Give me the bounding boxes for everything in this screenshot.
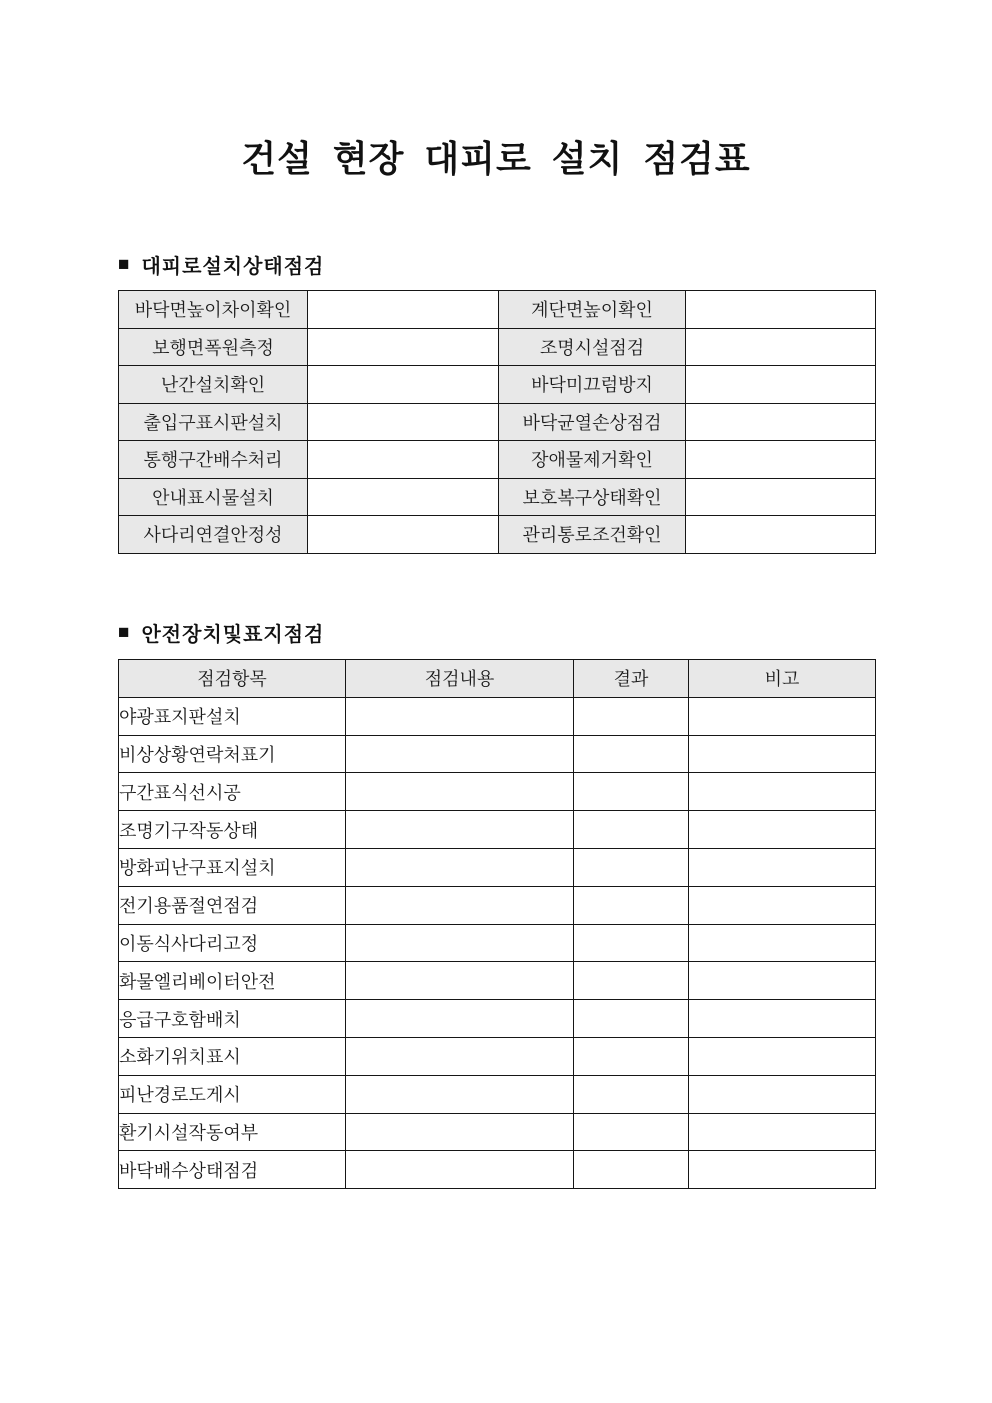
content-cell[interactable] [346,848,574,886]
page-title: 건설 현장 대피로 설치 점검표 [0,131,992,182]
section-heading-evacuation-label: 대피로설치상태점검 [141,250,324,279]
column-header-item: 점검항목 [119,660,346,698]
check-item-label: 응급구호함배치 [119,1000,346,1038]
note-cell[interactable] [689,1151,876,1189]
square-bullet-icon: ■ [118,255,130,274]
table-row: 구간표식선시공 [119,773,876,811]
note-cell[interactable] [689,1037,876,1075]
note-cell[interactable] [689,848,876,886]
table-row: 비상상황연락처표기 [119,735,876,773]
check-value-cell[interactable] [308,516,499,554]
check-item-label: 보행면폭원측정 [119,328,308,366]
check-item-label: 방화피난구표지설치 [119,848,346,886]
content-cell[interactable] [346,962,574,1000]
safety-sign-table: 점검항목 점검내용 결과 비고 야광표지판설치 비상상황연락처표기 구간표식선시… [118,659,876,1189]
table-row: 안내표시물설치 보호복구상태확인 [119,478,876,516]
check-item-label: 사다리연결안정성 [119,516,308,554]
table-row: 응급구호함배치 [119,1000,876,1038]
content-cell[interactable] [346,1000,574,1038]
note-cell[interactable] [689,924,876,962]
check-value-cell[interactable] [686,328,876,366]
result-cell[interactable] [574,773,689,811]
section-heading-evacuation: ■ 대피로설치상태점검 [118,250,324,279]
table-row: 화물엘리베이터안전 [119,962,876,1000]
content-cell[interactable] [346,924,574,962]
content-cell[interactable] [346,886,574,924]
note-cell[interactable] [689,697,876,735]
check-item-label: 피난경로도게시 [119,1075,346,1113]
check-item-label: 구간표식선시공 [119,773,346,811]
content-cell[interactable] [346,773,574,811]
check-item-label: 바닥균열손상점검 [499,403,686,441]
result-cell[interactable] [574,1075,689,1113]
table-row: 피난경로도게시 [119,1075,876,1113]
check-item-label: 난간설치확인 [119,366,308,404]
result-cell[interactable] [574,811,689,849]
document-page: { "document": { "title": "건설 현장 대피로 설치 점… [0,0,992,1403]
table-row: 야광표지판설치 [119,697,876,735]
check-value-cell[interactable] [686,291,876,329]
result-cell[interactable] [574,1113,689,1151]
table-row: 바닥배수상태점검 [119,1151,876,1189]
content-cell[interactable] [346,1151,574,1189]
content-cell[interactable] [346,735,574,773]
table-row: 전기용품절연점검 [119,886,876,924]
check-item-label: 관리통로조건확인 [499,516,686,554]
check-value-cell[interactable] [308,328,499,366]
content-cell[interactable] [346,811,574,849]
content-cell[interactable] [346,1037,574,1075]
check-item-label: 야광표지판설치 [119,697,346,735]
check-item-label: 이동식사다리고정 [119,924,346,962]
check-item-label: 조명기구작동상태 [119,811,346,849]
result-cell[interactable] [574,1037,689,1075]
check-item-label: 전기용품절연점검 [119,886,346,924]
check-item-label: 바닥배수상태점검 [119,1151,346,1189]
result-cell[interactable] [574,848,689,886]
check-item-label: 바닥미끄럼방지 [499,366,686,404]
table-row: 소화기위치표시 [119,1037,876,1075]
section-heading-safety-label: 안전장치및표지점검 [141,618,324,647]
result-cell[interactable] [574,962,689,1000]
square-bullet-icon: ■ [118,623,130,642]
check-item-label: 화물엘리베이터안전 [119,962,346,1000]
check-value-cell[interactable] [686,516,876,554]
table-row: 보행면폭원측정 조명시설점검 [119,328,876,366]
note-cell[interactable] [689,1000,876,1038]
check-value-cell[interactable] [686,478,876,516]
check-value-cell[interactable] [686,366,876,404]
table-row: 조명기구작동상태 [119,811,876,849]
content-cell[interactable] [346,697,574,735]
table-row: 통행구간배수처리 장애물제거확인 [119,441,876,479]
content-cell[interactable] [346,1113,574,1151]
check-item-label: 조명시설점검 [499,328,686,366]
note-cell[interactable] [689,1075,876,1113]
table-row: 출입구표시판설치 바닥균열손상점검 [119,403,876,441]
check-item-label: 바닥면높이차이확인 [119,291,308,329]
result-cell[interactable] [574,1151,689,1189]
check-value-cell[interactable] [308,441,499,479]
table-row: 방화피난구표지설치 [119,848,876,886]
result-cell[interactable] [574,886,689,924]
check-value-cell[interactable] [308,403,499,441]
column-header-note: 비고 [689,660,876,698]
result-cell[interactable] [574,924,689,962]
check-item-label: 소화기위치표시 [119,1037,346,1075]
table-header-row: 점검항목 점검내용 결과 비고 [119,660,876,698]
check-value-cell[interactable] [686,403,876,441]
column-header-content: 점검내용 [346,660,574,698]
note-cell[interactable] [689,962,876,1000]
table-row: 바닥면높이차이확인 계단면높이확인 [119,291,876,329]
check-value-cell[interactable] [308,478,499,516]
check-item-label: 환기시설작동여부 [119,1113,346,1151]
column-header-result: 결과 [574,660,689,698]
check-item-label: 장애물제거확인 [499,441,686,479]
check-item-label: 비상상황연락처표기 [119,735,346,773]
note-cell[interactable] [689,886,876,924]
note-cell[interactable] [689,811,876,849]
check-value-cell[interactable] [308,366,499,404]
note-cell[interactable] [689,735,876,773]
check-value-cell[interactable] [308,291,499,329]
check-item-label: 출입구표시판설치 [119,403,308,441]
check-item-label: 계단면높이확인 [499,291,686,329]
table-row: 이동식사다리고정 [119,924,876,962]
content-cell[interactable] [346,1075,574,1113]
table-row: 난간설치확인 바닥미끄럼방지 [119,366,876,404]
result-cell[interactable] [574,1000,689,1038]
check-value-cell[interactable] [686,441,876,479]
check-item-label: 보호복구상태확인 [499,478,686,516]
table-row: 사다리연결안정성 관리통로조건확인 [119,516,876,554]
evacuation-status-table: 바닥면높이차이확인 계단면높이확인 보행면폭원측정 조명시설점검 난간설치확인 … [118,290,876,554]
check-item-label: 안내표시물설치 [119,478,308,516]
result-cell[interactable] [574,697,689,735]
table-row: 환기시설작동여부 [119,1113,876,1151]
note-cell[interactable] [689,773,876,811]
check-item-label: 통행구간배수처리 [119,441,308,479]
section-heading-safety: ■ 안전장치및표지점검 [118,618,324,647]
result-cell[interactable] [574,735,689,773]
note-cell[interactable] [689,1113,876,1151]
